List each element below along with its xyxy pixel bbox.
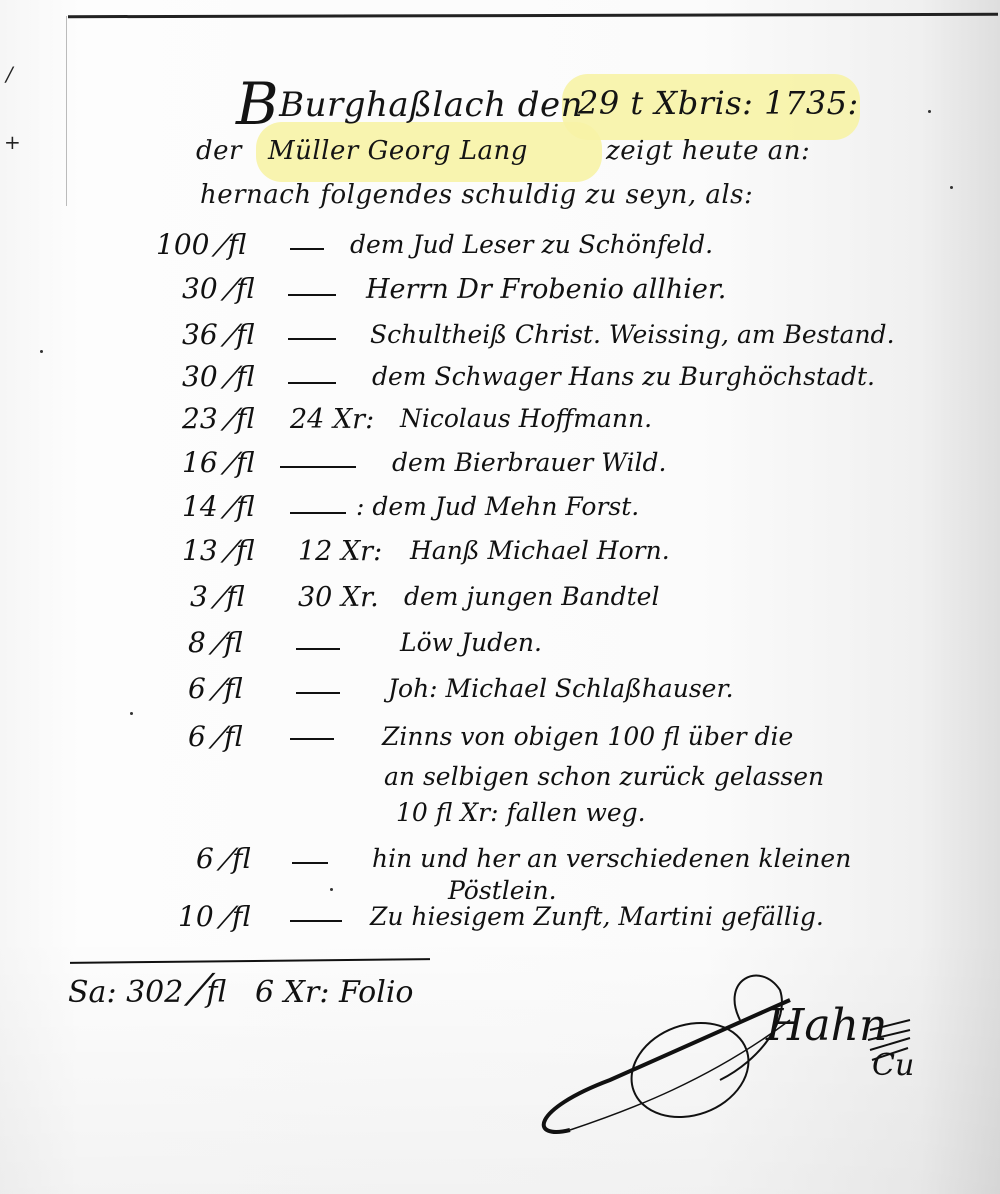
entry-text: Joh: Michael Schlaßhauser. bbox=[388, 674, 734, 703]
entry-amount: 13 /fl bbox=[182, 534, 255, 567]
debtor-name: Müller Georg Lang bbox=[268, 136, 528, 166]
heading-place: BBurghaßlach den bbox=[236, 70, 583, 138]
entry-dash bbox=[296, 648, 340, 650]
entry-continuation: Pöstlein. bbox=[448, 876, 557, 905]
entry-amount: 30 /fl bbox=[182, 272, 255, 305]
entry-dash bbox=[296, 692, 340, 694]
document-page: / + BBurghaßlach den 29 t Xbris: 1735: d… bbox=[0, 0, 1000, 1194]
entry-amount: 3 /fl bbox=[190, 580, 245, 613]
entry-amount: 30 /fl bbox=[182, 360, 255, 393]
intro-line-2: hernach folgendes schuldig zu seyn, als: bbox=[200, 180, 753, 210]
margin-line bbox=[66, 16, 67, 206]
entry-text: Nicolaus Hoffmann. bbox=[400, 404, 652, 433]
entry-dash bbox=[288, 294, 336, 296]
total-amount: 302 bbox=[126, 975, 183, 1010]
entry-text: Löw Juden. bbox=[400, 628, 542, 657]
signature-suffix: Cu bbox=[872, 1048, 914, 1083]
entry-amount: 16 /fl bbox=[182, 446, 255, 479]
entry-dash bbox=[290, 512, 346, 514]
heading-date: 29 t Xbris: 1735: bbox=[578, 84, 859, 122]
top-rule-line bbox=[68, 13, 998, 18]
ink-speck bbox=[330, 888, 333, 891]
entry-dash bbox=[292, 862, 328, 864]
entry-amount: 8 /fl bbox=[188, 626, 243, 659]
entry-amount: 36 /fl bbox=[182, 318, 255, 351]
margin-mark-slash: / bbox=[6, 62, 13, 86]
entry-text: Schultheiß Christ. Weissing, am Bestand. bbox=[370, 320, 895, 349]
entry-amount: 23 /fl bbox=[182, 402, 255, 435]
entry-text: dem jungen Bandtel bbox=[404, 582, 659, 611]
entry-text: Herrn Dr Frobenio allhier. bbox=[366, 274, 726, 305]
entry-kreuzer: 30 Xr. bbox=[298, 582, 379, 613]
entry-continuation: an selbigen schon zurück gelassen bbox=[384, 762, 824, 791]
entry-text: : dem Jud Mehn Forst. bbox=[356, 492, 639, 521]
entry-kreuzer: 24 Xr: bbox=[290, 404, 374, 435]
total-kreuzer: 6 Xr: bbox=[255, 975, 329, 1010]
entry-text: Hanß Michael Horn. bbox=[410, 536, 670, 565]
entry-amount: 6 /fl bbox=[188, 672, 243, 705]
entry-continuation: 10 fl Xr: fallen weg. bbox=[396, 798, 646, 827]
entry-text: dem Bierbrauer Wild. bbox=[392, 448, 666, 477]
intro-prefix: der bbox=[196, 136, 242, 166]
entry-dash bbox=[288, 382, 336, 384]
entry-text: dem Jud Leser zu Schönfeld. bbox=[350, 230, 713, 259]
entry-amount: 6 /fl bbox=[188, 720, 243, 753]
ink-speck bbox=[130, 712, 133, 715]
entry-dash bbox=[290, 920, 342, 922]
entry-text: dem Schwager Hans zu Burghöchstadt. bbox=[372, 362, 875, 391]
total-label: Sa: bbox=[68, 975, 117, 1010]
entry-amount: 6 /fl bbox=[196, 842, 251, 875]
margin-mark-cross: + bbox=[4, 130, 21, 154]
total-folio: Folio bbox=[339, 975, 414, 1010]
ink-speck bbox=[40, 350, 43, 353]
entry-dash bbox=[290, 738, 334, 740]
intro-suffix: zeigt heute an: bbox=[606, 136, 810, 166]
ink-speck bbox=[928, 110, 931, 113]
entry-dash bbox=[280, 466, 356, 468]
entry-text: Zinns von obigen 100 fl über die bbox=[382, 722, 793, 751]
entry-amount: 14 /fl bbox=[182, 490, 255, 523]
heading-place-text: Burghaßlach den bbox=[279, 85, 583, 125]
signature-name: Hahn bbox=[766, 1000, 887, 1051]
entry-dash bbox=[288, 338, 336, 340]
entry-text: Zu hiesigem Zunft, Martini gefällig. bbox=[370, 902, 824, 931]
entry-dash bbox=[290, 248, 324, 250]
ink-speck bbox=[950, 186, 953, 189]
entry-kreuzer: 12 Xr: bbox=[298, 536, 382, 567]
entry-amount: 100 /fl bbox=[156, 228, 246, 261]
entry-text: hin und her an verschiedenen kleinen bbox=[372, 844, 851, 873]
total-line: Sa: 302 /fl 6 Xr: Folio bbox=[68, 966, 414, 1012]
entry-amount: 10 /fl bbox=[178, 900, 251, 933]
